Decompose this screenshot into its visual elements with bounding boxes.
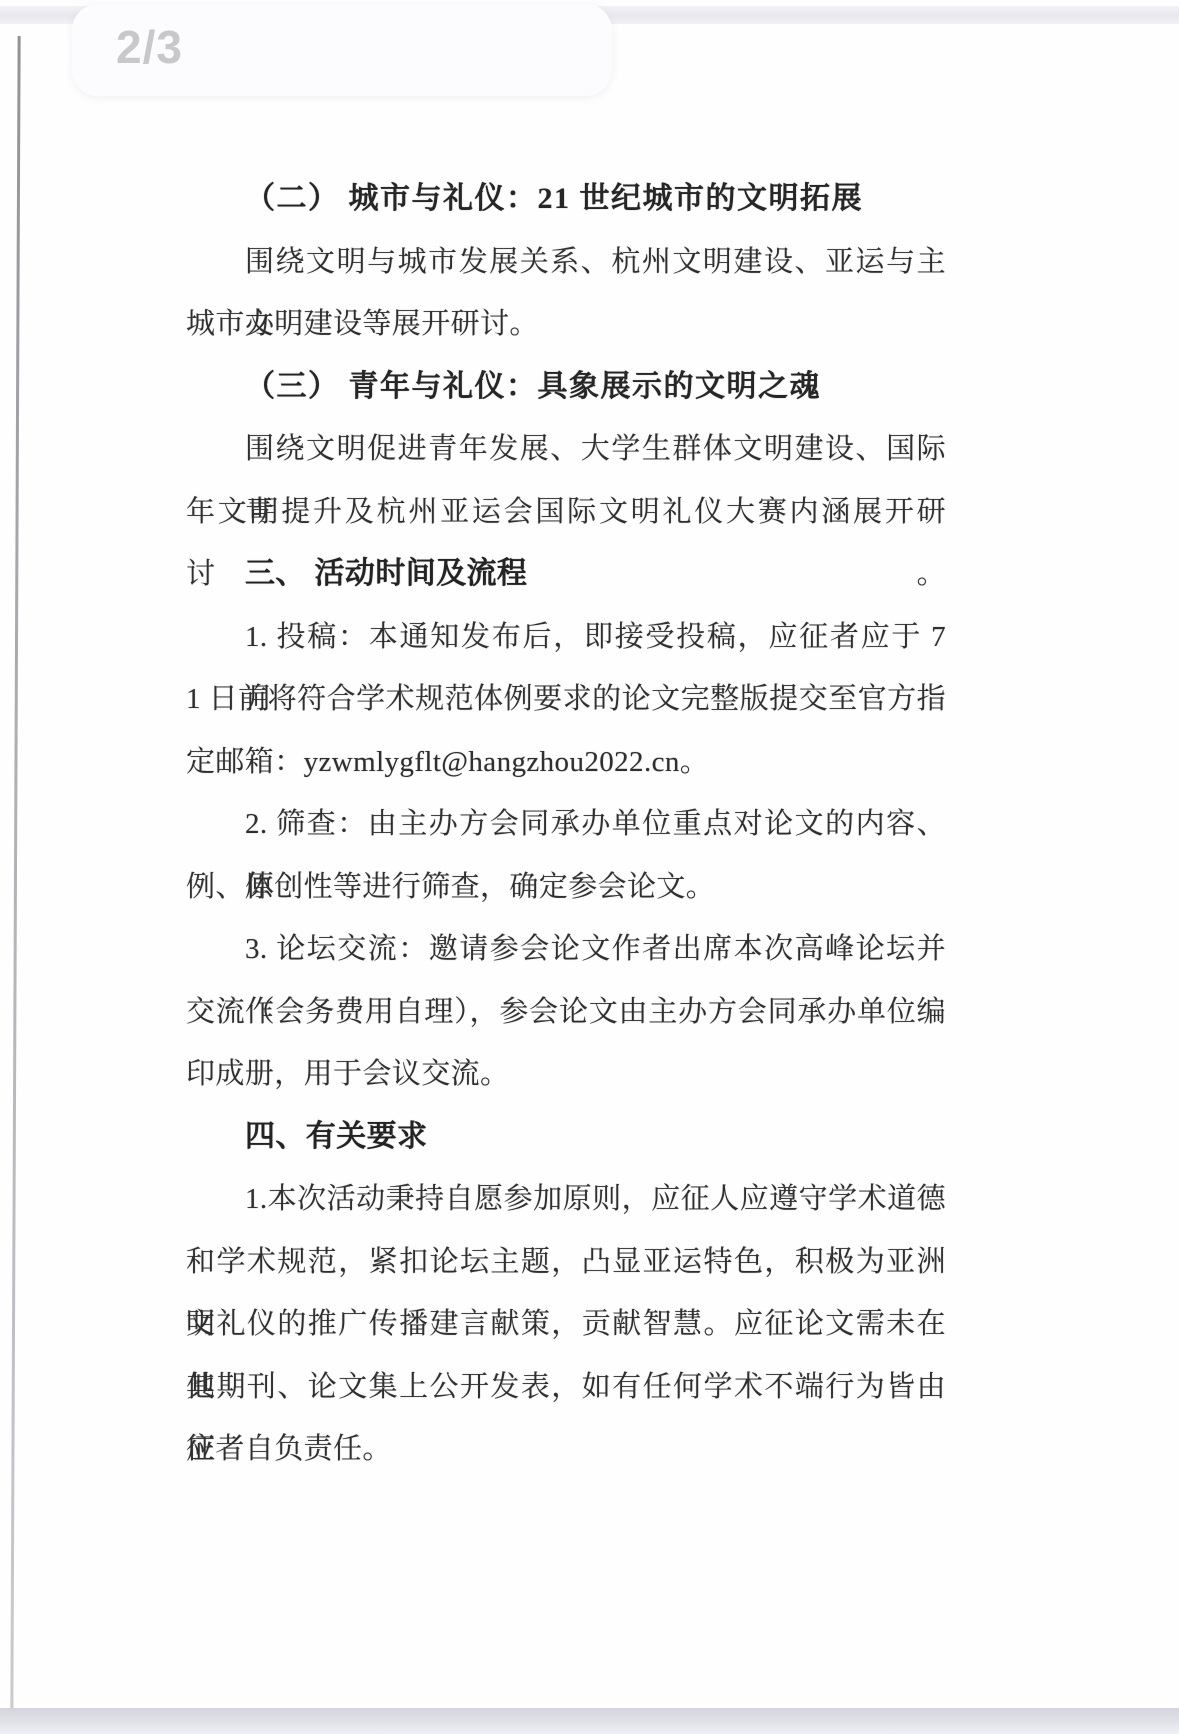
- viewer-bottom-bar: [0, 1708, 1179, 1734]
- text-line-14: 交流（会务费用自理），参会论文由主办方会同承办单位编: [186, 981, 946, 1044]
- text-line-5: 围绕文明促进青年发展、大学生群体文明建设、国际青: [186, 418, 946, 481]
- page-indicator: 2/3: [116, 20, 183, 74]
- text-line-2: 围绕文明与城市发展关系、杭州文明建设、亚运与主办: [186, 231, 946, 294]
- text-line-11: 2. 筛查：由主办方会同承办单位重点对论文的内容、体: [186, 793, 946, 856]
- text-line-6: 年文明提升及杭州亚运会国际文明礼仪大赛内涵展开研讨。: [186, 481, 946, 544]
- text-line-21: 征者自负责任。: [186, 1418, 946, 1481]
- document-text: （二） 城市与礼仪：21 世纪城市的文明拓展围绕文明与城市发展关系、杭州文明建设…: [186, 168, 946, 1481]
- text-line-17: 1.本次活动秉持自愿参加原则，应征人应遵守学术道德: [186, 1168, 946, 1231]
- text-line-19: 明礼仪的推广传播建言献策，贡献智慧。应征论文需未在其: [186, 1293, 946, 1356]
- text-line-4: （三） 青年与礼仪：具象展示的文明之魂: [186, 356, 946, 419]
- text-line-13: 3. 论坛交流：邀请参会论文作者出席本次高峰论坛并作: [186, 918, 946, 981]
- text-line-9: 1 日前将符合学术规范体例要求的论文完整版提交至官方指: [186, 668, 946, 731]
- pdf-viewer: （二） 城市与礼仪：21 世纪城市的文明拓展围绕文明与城市发展关系、杭州文明建设…: [0, 0, 1179, 1734]
- scan-edge-line: [10, 36, 20, 1708]
- text-line-20: 他期刊、论文集上公开发表，如有任何学术不端行为皆由应: [186, 1356, 946, 1419]
- text-line-12: 例、原创性等进行筛查，确定参会论文。: [186, 856, 946, 919]
- text-line-1: （二） 城市与礼仪：21 世纪城市的文明拓展: [186, 168, 946, 231]
- text-line-15: 印成册，用于会议交流。: [186, 1043, 946, 1106]
- text-line-8: 1. 投稿：本通知发布后，即接受投稿，应征者应于 7 月: [186, 606, 946, 669]
- document-page[interactable]: （二） 城市与礼仪：21 世纪城市的文明拓展围绕文明与城市发展关系、杭州文明建设…: [0, 24, 1179, 1708]
- text-line-10: 定邮箱：yzwmlygflt@hangzhou2022.cn。: [186, 731, 946, 794]
- page-indicator-chip: 2/3: [72, 4, 612, 96]
- text-line-16: 四、有关要求: [186, 1106, 946, 1169]
- text-line-18: 和学术规范，紧扣论坛主题，凸显亚运特色，积极为亚洲文: [186, 1231, 946, 1294]
- text-line-3: 城市文明建设等展开研讨。: [186, 293, 946, 356]
